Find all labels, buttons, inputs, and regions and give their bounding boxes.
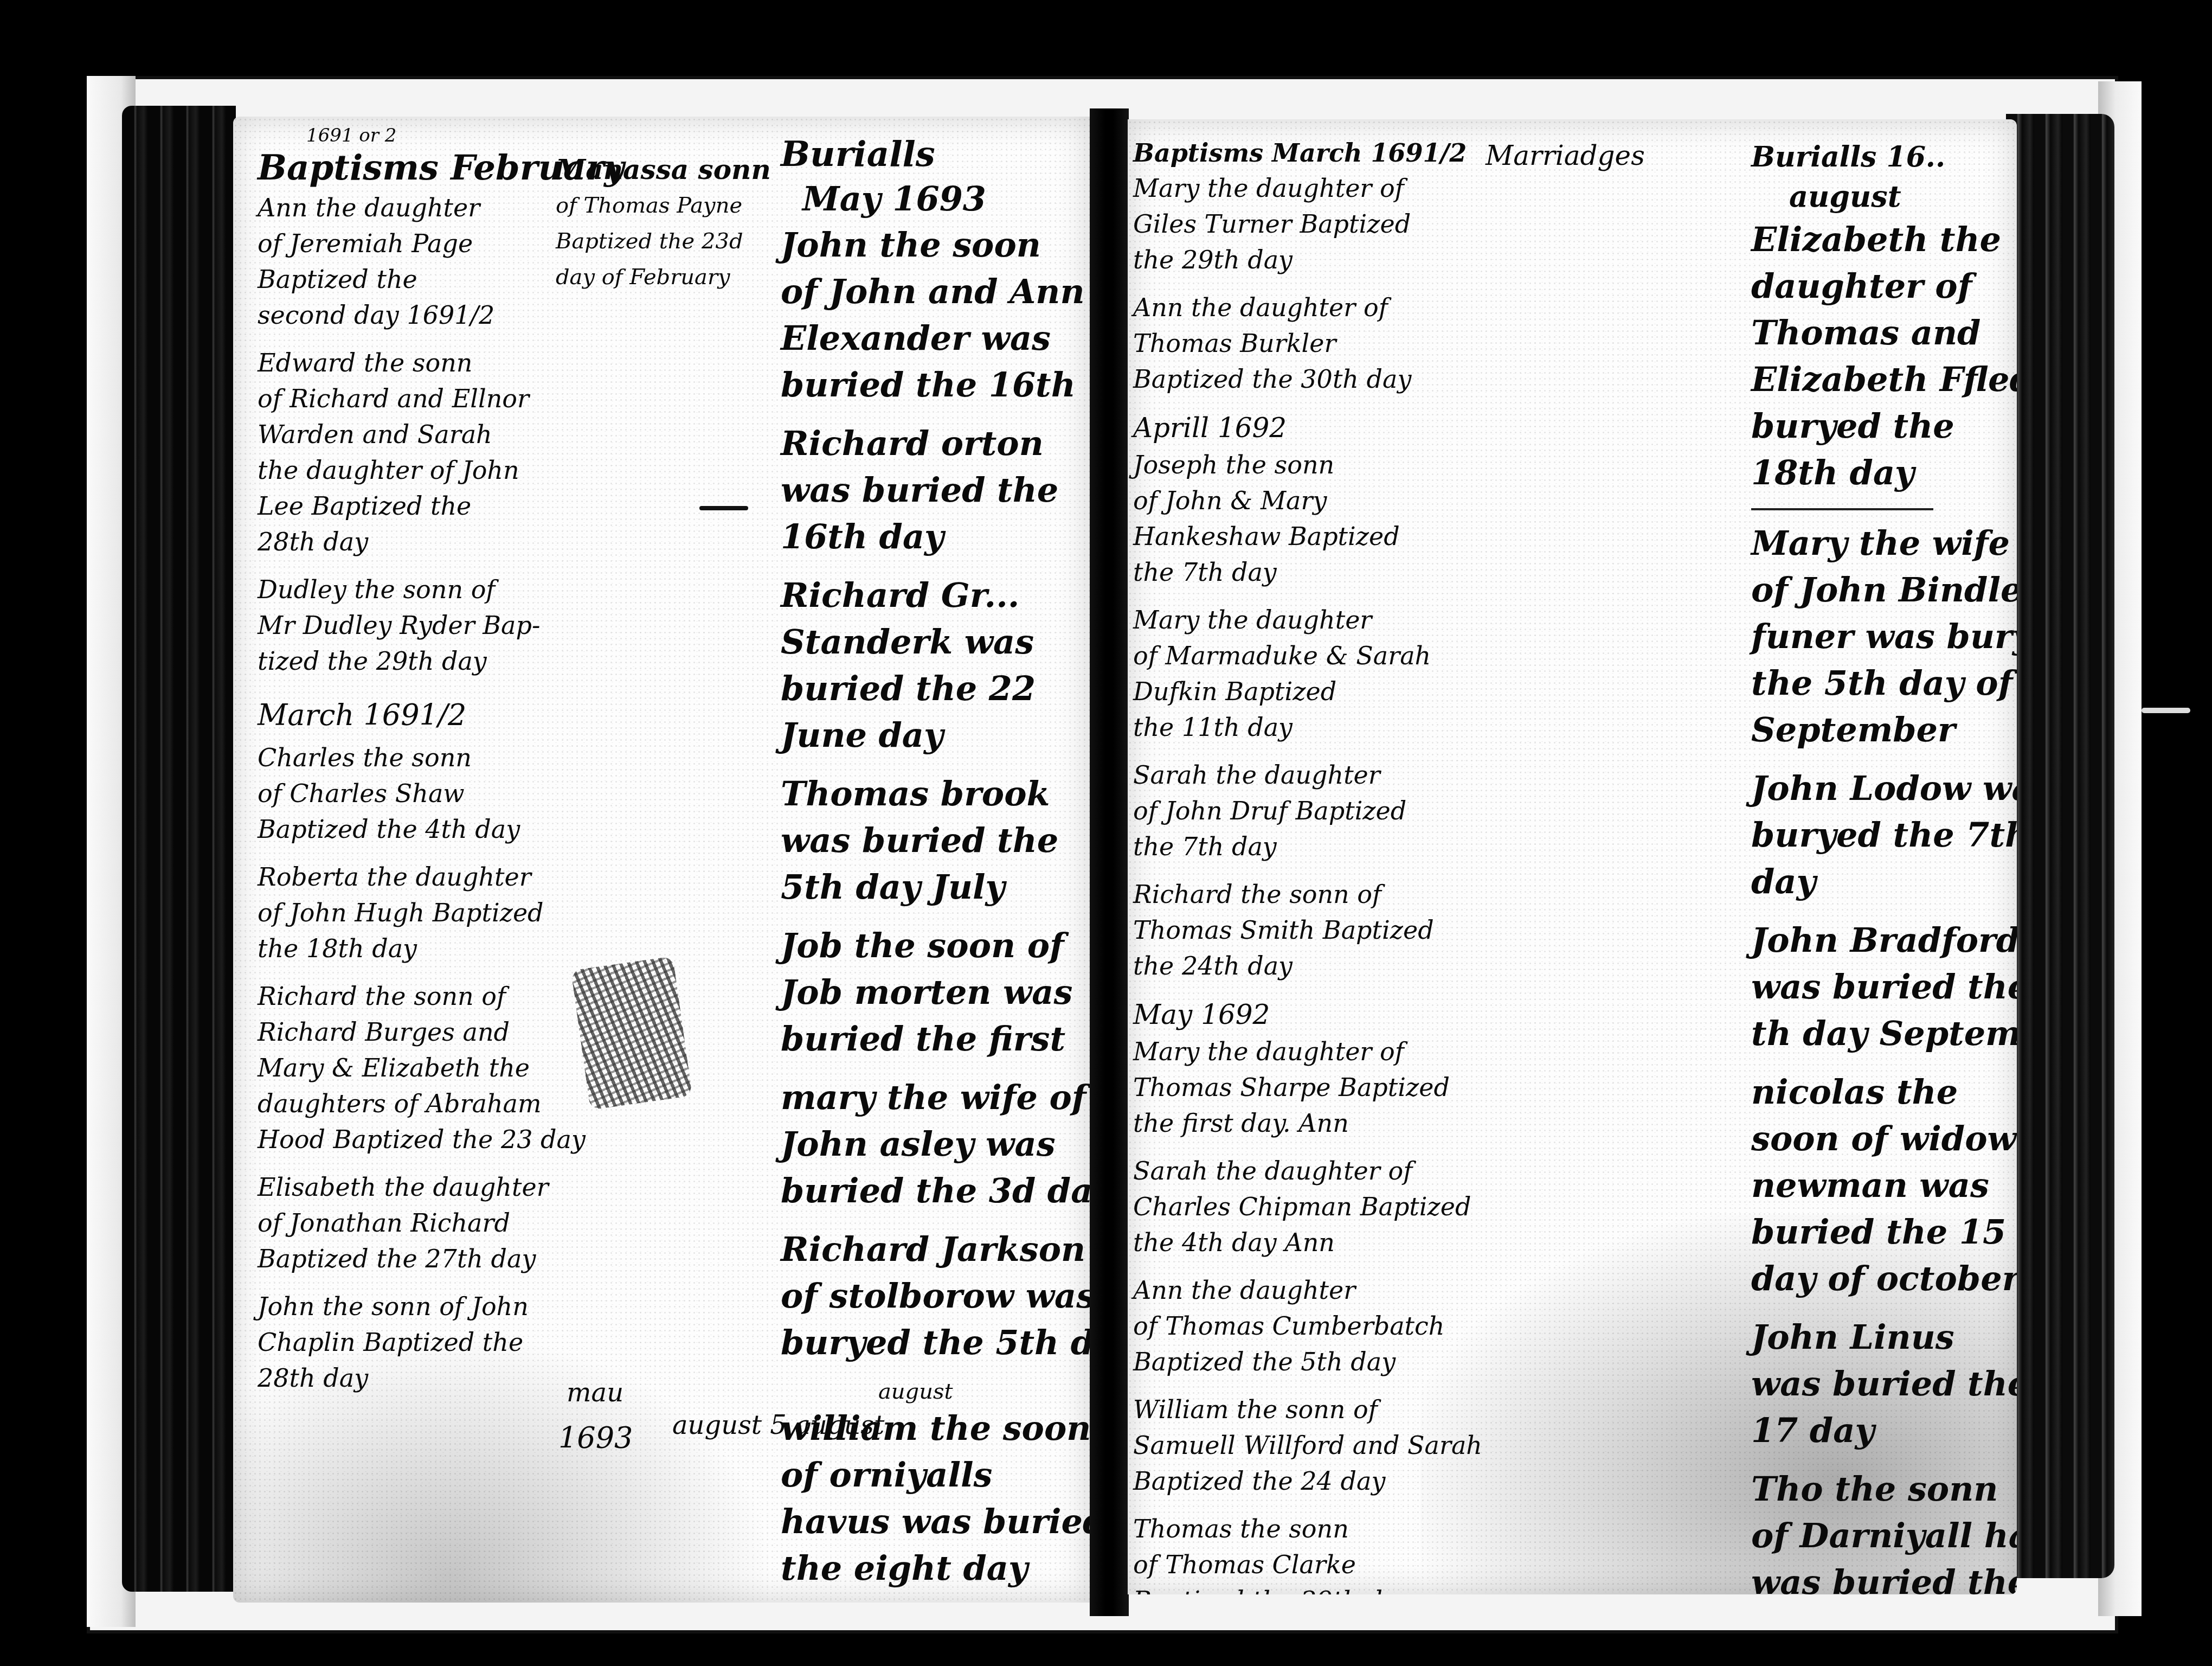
baptism-entry: Ann the daughter of Thomas Burkler Bapti… — [1133, 290, 1469, 397]
baptism-entry: Charles the sonn of Charles Shaw Baptize… — [258, 740, 561, 847]
baptism-entry: Manassa sonn of Thomas Payne Baptized th… — [556, 152, 773, 295]
burial-entry: Richard orton was buried the 16th day — [781, 420, 1084, 560]
baptism-entry: Richard the sonn of Thomas Smith Baptize… — [1133, 876, 1469, 984]
left-burials-column: Burialls May 1693 John the soon of John … — [781, 133, 1084, 1603]
marriages-heading: Marriadges — [1486, 138, 1713, 173]
baptism-entry: Mary the daughter of Thomas Sharpe Bapti… — [1133, 1034, 1469, 1141]
footer-note-right: august 5 august — [672, 1410, 884, 1440]
ink-dash-mark — [699, 506, 748, 510]
baptism-entry: Elisabeth the daughter of Jonathan Richa… — [258, 1169, 561, 1277]
burial-entry: Richard Gr... Standerk was buried the 22… — [781, 572, 1084, 759]
footer-note-left: mau — [567, 1377, 623, 1408]
side-mark — [2142, 708, 2190, 713]
right-marriages-column: Marriadges — [1486, 138, 1713, 173]
burial-entry: Richard Jarkson of stolborow was buryed … — [781, 1226, 1084, 1366]
baptism-entry: Thomas the sonn of Thomas Clarke Baptize… — [1133, 1511, 1469, 1594]
burials-heading: Burialls 16.. — [1751, 138, 2011, 176]
baptism-entry: Sarah the daughter of John Druf Baptized… — [1133, 757, 1469, 864]
burial-entry: John the soon of John and Ann Elexander … — [781, 222, 1084, 408]
page-stack-right — [2006, 114, 2114, 1578]
month-heading: May 1693 — [802, 176, 1084, 222]
baptisms-heading: Baptisms March 1691/2 — [1133, 136, 1469, 170]
month-heading: august — [1789, 176, 2011, 216]
baptism-entry: Mary the daughter of Marmaduke & Sarah D… — [1133, 602, 1469, 745]
entry-divider — [1751, 508, 1933, 510]
baptism-entry: William the sonn of Samuell Willford and… — [1133, 1392, 1469, 1499]
baptism-entry: John the sonn of John Chaplin Baptized t… — [258, 1289, 561, 1396]
right-page: Baptisms March 1691/2 Mary the daughter … — [1128, 119, 2017, 1594]
right-burials-column: Burialls 16.. august Elizabeth the daugh… — [1751, 138, 2011, 1594]
ink-smudge — [571, 956, 692, 1110]
baptism-entry: Richard the sonn of Richard Burges and M… — [258, 978, 561, 1157]
book-gutter — [1090, 108, 1129, 1616]
burial-entry: Job the soon of Job morten was buried th… — [781, 922, 1084, 1062]
baptism-entry: Mary the daughter of Giles Turner Baptiz… — [1133, 170, 1469, 278]
burial-entry: John Lodow was buryed the 7th day — [1751, 765, 2011, 905]
year-note: 1691 or 2 — [306, 125, 561, 146]
month-heading: May 1692 — [1133, 996, 1469, 1034]
baptism-entry: Ann the daughter of Thomas Cumberbatch B… — [1133, 1272, 1469, 1380]
baptism-entry: Dudley the sonn of Mr Dudley Ryder Bap- … — [258, 572, 561, 679]
baptism-entry: Roberta the daughter of John Hugh Baptiz… — [258, 859, 561, 966]
right-baptisms-column: Baptisms March 1691/2 Mary the daughter … — [1133, 136, 1469, 1594]
burial-entry: Thomas brook was buried the 5th day July — [781, 771, 1084, 911]
baptism-entry: Ann the daughter of Jeremiah Page Baptiz… — [258, 190, 561, 333]
left-page: 1691 or 2 Baptisms February Ann the daug… — [233, 117, 1090, 1603]
burial-entry: Mary the wife of John Bindley funer was … — [1751, 520, 2011, 753]
baptism-entry: Edward the sonn of Richard and Ellnor Wa… — [258, 345, 561, 560]
burial-entry: nicolas the soon of widow newman was bur… — [1751, 1069, 2011, 1302]
burial-entry: mary the wife of John asley was buried t… — [781, 1074, 1084, 1214]
burial-entry: Elizabeth the daughter of Thomas and Eli… — [1751, 216, 2011, 496]
baptism-entry: Joseph the sonn of John & Mary Hankeshaw… — [1133, 447, 1469, 590]
left-middle-note: Manassa sonn of Thomas Payne Baptized th… — [556, 152, 773, 307]
burials-heading: Burialls — [781, 133, 1084, 176]
baptism-entry: Sarah the daughter of Charles Chipman Ba… — [1133, 1153, 1469, 1260]
left-baptisms-column: 1691 or 2 Baptisms February Ann the daug… — [258, 125, 561, 1408]
month-heading: March 1691/2 — [258, 691, 561, 740]
page-stack-left — [122, 106, 236, 1592]
burial-entry: Tho the sonn of Darniyall havus was buri… — [1751, 1466, 2011, 1594]
footer-note-year: 1693 — [558, 1421, 633, 1455]
month-heading: Aprill 1692 — [1133, 409, 1469, 447]
baptisms-heading: Baptisms February — [258, 146, 561, 190]
burial-entry: John Bradford was buried the 17 th day S… — [1751, 917, 2011, 1057]
burial-entry: John Linus was buried the 17 day — [1751, 1314, 2011, 1454]
